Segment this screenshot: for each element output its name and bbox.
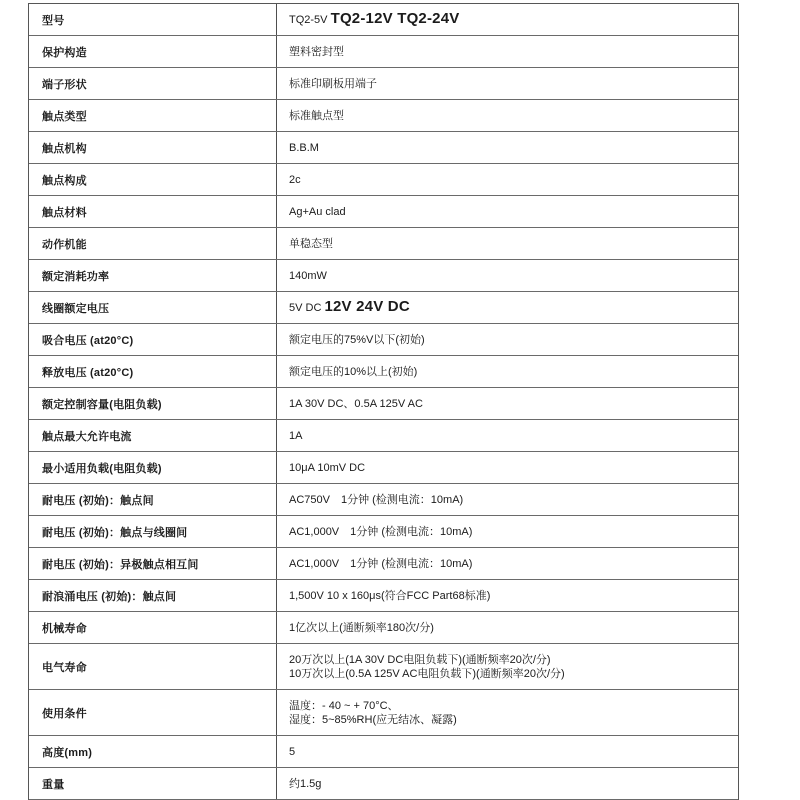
spec-label-weight: 重量 — [29, 768, 277, 799]
spec-value-text: 2c — [289, 174, 301, 186]
spec-row-operation-function: 动作机能单稳态型 — [29, 228, 738, 260]
spec-value-height: 5 — [277, 736, 738, 767]
spec-label-withstand-voltage-contacts: 耐电压 (初始)：触点间 — [29, 484, 277, 515]
spec-value-coil-rated-voltage: 5V DC 12V 24V DC — [277, 292, 738, 323]
spec-value-line: 标准印刷板用端子 — [289, 77, 732, 91]
spec-value-line: 额定电压的75%V以下(初始) — [289, 333, 732, 347]
spec-row-model: 型号TQ2-5V TQ2-12V TQ2-24V — [29, 4, 738, 36]
spec-row-operating-conditions: 使用条件温度：- 40 ~ + 70°C、湿度：5~85%RH(应无结冰、凝露) — [29, 690, 738, 736]
spec-value-text: Ag+Au clad — [289, 206, 346, 218]
spec-value-line: AC1,000V 1分钟 (检测电流：10mA) — [289, 557, 732, 571]
spec-value-text: 5V DC — [289, 302, 324, 314]
spec-value-text: AC750V 1分钟 (检测电流：10mA) — [289, 494, 463, 506]
spec-value-text: 单稳态型 — [289, 238, 333, 250]
spec-value-text: 湿度：5~85%RH(应无结冰、凝露) — [289, 714, 457, 726]
spec-row-contact-material: 触点材料Ag+Au clad — [29, 196, 738, 228]
spec-label-terminal-shape: 端子形状 — [29, 68, 277, 99]
spec-label-pickup-voltage: 吸合电压 (at20°C) — [29, 324, 277, 355]
spec-row-withstand-voltage-between-contacts: 耐电压 (初始)：异极触点相互间AC1,000V 1分钟 (检测电流：10mA) — [29, 548, 738, 580]
spec-value-text: AC1,000V 1分钟 (检测电流：10mA) — [289, 526, 472, 538]
spec-value-line: 5 — [289, 745, 732, 759]
spec-row-contact-arrangement: 触点构成2c — [29, 164, 738, 196]
spec-row-protective-construction: 保护构造塑料密封型 — [29, 36, 738, 68]
spec-row-contact-type: 触点类型标准触点型 — [29, 100, 738, 132]
spec-value-contact-arrangement: 2c — [277, 164, 738, 195]
spec-value-weight: 约1.5g — [277, 768, 738, 799]
spec-value-line: 塑料密封型 — [289, 45, 732, 59]
spec-value-protective-construction: 塑料密封型 — [277, 36, 738, 67]
spec-label-contact-arrangement: 触点构成 — [29, 164, 277, 195]
spec-value-max-allowable-current: 1A — [277, 420, 738, 451]
spec-value-dropout-voltage: 额定电压的10%以上(初始) — [277, 356, 738, 387]
spec-value-line: 140mW — [289, 269, 732, 283]
spec-label-contact-type: 触点类型 — [29, 100, 277, 131]
spec-value-line: 标准触点型 — [289, 109, 732, 123]
spec-table: 型号TQ2-5V TQ2-12V TQ2-24V保护构造塑料密封型端子形状标准印… — [28, 3, 739, 800]
spec-label-mechanical-life: 机械寿命 — [29, 612, 277, 643]
spec-row-electrical-life: 电气寿命20万次以上(1A 30V DC电阻负载下)(通断频率20次/分)10万… — [29, 644, 738, 690]
spec-value-line: 1,500V 10 x 160μs(符合FCC Part68标准) — [289, 589, 732, 603]
spec-value-line: 5V DC 12V 24V DC — [289, 300, 732, 315]
spec-row-dropout-voltage: 释放电压 (at20°C)额定电压的10%以上(初始) — [29, 356, 738, 388]
spec-label-contact-mechanism: 触点机构 — [29, 132, 277, 163]
spec-value-electrical-life: 20万次以上(1A 30V DC电阻负载下)(通断频率20次/分)10万次以上(… — [277, 644, 738, 689]
spec-value-text: 额定电压的75%V以下(初始) — [289, 334, 425, 346]
spec-value-model: TQ2-5V TQ2-12V TQ2-24V — [277, 4, 738, 35]
spec-row-min-applicable-load: 最小适用负载(电阻负载)10μA 10mV DC — [29, 452, 738, 484]
spec-value-contact-material: Ag+Au clad — [277, 196, 738, 227]
spec-value-text: AC1,000V 1分钟 (检测电流：10mA) — [289, 558, 472, 570]
spec-value-operating-conditions: 温度：- 40 ~ + 70°C、湿度：5~85%RH(应无结冰、凝露) — [277, 690, 738, 735]
spec-row-withstand-voltage-contact-coil: 耐电压 (初始)：触点与线圈间AC1,000V 1分钟 (检测电流：10mA) — [29, 516, 738, 548]
spec-value-contact-type: 标准触点型 — [277, 100, 738, 131]
spec-value-line: 10万次以上(0.5A 125V AC电阻负载下)(通断频率20次/分) — [289, 667, 732, 681]
spec-row-weight: 重量约1.5g — [29, 768, 738, 800]
spec-value-text: 10μA 10mV DC — [289, 462, 365, 474]
spec-value-text: 20万次以上(1A 30V DC电阻负载下)(通断频率20次/分) — [289, 654, 551, 666]
spec-value-line: 单稳态型 — [289, 237, 732, 251]
spec-value-line: 1A 30V DC、0.5A 125V AC — [289, 397, 732, 411]
spec-label-max-allowable-current: 触点最大允许电流 — [29, 420, 277, 451]
spec-row-rated-switching-capacity: 额定控制容量(电阻负载)1A 30V DC、0.5A 125V AC — [29, 388, 738, 420]
spec-value-line: B.B.M — [289, 141, 732, 155]
spec-value-text: 140mW — [289, 270, 327, 282]
spec-value-text: 额定电压的10%以上(初始) — [289, 366, 417, 378]
spec-row-terminal-shape: 端子形状标准印刷板用端子 — [29, 68, 738, 100]
spec-value-line: 10μA 10mV DC — [289, 461, 732, 475]
spec-value-line: 温度：- 40 ~ + 70°C、 — [289, 699, 732, 713]
spec-label-height: 高度(mm) — [29, 736, 277, 767]
spec-value-text: B.B.M — [289, 142, 319, 154]
spec-row-pickup-voltage: 吸合电压 (at20°C)额定电压的75%V以下(初始) — [29, 324, 738, 356]
spec-value-rated-switching-capacity: 1A 30V DC、0.5A 125V AC — [277, 388, 738, 419]
spec-value-text: 1A 30V DC、0.5A 125V AC — [289, 398, 423, 410]
spec-value-contact-mechanism: B.B.M — [277, 132, 738, 163]
spec-value-text: 10万次以上(0.5A 125V AC电阻负载下)(通断频率20次/分) — [289, 668, 565, 680]
spec-value-pickup-voltage: 额定电压的75%V以下(初始) — [277, 324, 738, 355]
spec-value-text: 1亿次以上(通断频率180次/分) — [289, 622, 434, 634]
spec-value-withstand-voltage-between-contacts: AC1,000V 1分钟 (检测电流：10mA) — [277, 548, 738, 579]
spec-label-rated-power-consumption: 额定消耗功率 — [29, 260, 277, 291]
spec-label-electrical-life: 电气寿命 — [29, 644, 277, 689]
spec-label-operation-function: 动作机能 — [29, 228, 277, 259]
spec-value-text: TQ2-5V — [289, 14, 331, 26]
spec-label-surge-voltage: 耐浪涌电压 (初始)：触点间 — [29, 580, 277, 611]
spec-value-line: 约1.5g — [289, 777, 732, 791]
spec-value-line: AC1,000V 1分钟 (检测电流：10mA) — [289, 525, 732, 539]
spec-value-line: AC750V 1分钟 (检测电流：10mA) — [289, 493, 732, 507]
spec-value-line: 额定电压的10%以上(初始) — [289, 365, 732, 379]
spec-row-max-allowable-current: 触点最大允许电流1A — [29, 420, 738, 452]
spec-value-surge-voltage: 1,500V 10 x 160μs(符合FCC Part68标准) — [277, 580, 738, 611]
spec-value-text: 5 — [289, 746, 295, 758]
spec-value-text: 塑料密封型 — [289, 46, 344, 58]
spec-value-emphasis: TQ2-12V TQ2-24V — [331, 10, 460, 27]
spec-label-withstand-voltage-between-contacts: 耐电压 (初始)：异极触点相互间 — [29, 548, 277, 579]
spec-row-mechanical-life: 机械寿命1亿次以上(通断频率180次/分) — [29, 612, 738, 644]
spec-row-rated-power-consumption: 额定消耗功率140mW — [29, 260, 738, 292]
spec-value-text: 温度：- 40 ~ + 70°C、 — [289, 700, 399, 712]
spec-value-text: 约1.5g — [289, 778, 321, 790]
spec-value-rated-power-consumption: 140mW — [277, 260, 738, 291]
spec-label-withstand-voltage-contact-coil: 耐电压 (初始)：触点与线圈间 — [29, 516, 277, 547]
spec-row-height: 高度(mm)5 — [29, 736, 738, 768]
spec-row-coil-rated-voltage: 线圈额定电压5V DC 12V 24V DC — [29, 292, 738, 324]
spec-value-line: 2c — [289, 173, 732, 187]
spec-value-line: TQ2-5V TQ2-12V TQ2-24V — [289, 12, 732, 27]
spec-value-line: 20万次以上(1A 30V DC电阻负载下)(通断频率20次/分) — [289, 653, 732, 667]
spec-row-surge-voltage: 耐浪涌电压 (初始)：触点间1,500V 10 x 160μs(符合FCC Pa… — [29, 580, 738, 612]
spec-value-withstand-voltage-contact-coil: AC1,000V 1分钟 (检测电流：10mA) — [277, 516, 738, 547]
spec-label-operating-conditions: 使用条件 — [29, 690, 277, 735]
spec-value-line: 1亿次以上(通断频率180次/分) — [289, 621, 732, 635]
spec-value-terminal-shape: 标准印刷板用端子 — [277, 68, 738, 99]
spec-value-withstand-voltage-contacts: AC750V 1分钟 (检测电流：10mA) — [277, 484, 738, 515]
spec-value-emphasis: 12V 24V DC — [324, 298, 409, 315]
spec-value-text: 1A — [289, 430, 302, 442]
spec-value-line: 湿度：5~85%RH(应无结冰、凝露) — [289, 713, 732, 727]
spec-label-rated-switching-capacity: 额定控制容量(电阻负载) — [29, 388, 277, 419]
spec-label-contact-material: 触点材料 — [29, 196, 277, 227]
spec-label-coil-rated-voltage: 线圈额定电压 — [29, 292, 277, 323]
spec-value-min-applicable-load: 10μA 10mV DC — [277, 452, 738, 483]
spec-label-dropout-voltage: 释放电压 (at20°C) — [29, 356, 277, 387]
spec-label-min-applicable-load: 最小适用负载(电阻负载) — [29, 452, 277, 483]
spec-value-line: 1A — [289, 429, 732, 443]
spec-value-mechanical-life: 1亿次以上(通断频率180次/分) — [277, 612, 738, 643]
spec-value-text: 标准印刷板用端子 — [289, 78, 377, 90]
spec-label-model: 型号 — [29, 4, 277, 35]
spec-row-contact-mechanism: 触点机构B.B.M — [29, 132, 738, 164]
spec-value-text: 标准触点型 — [289, 110, 344, 122]
spec-value-operation-function: 单稳态型 — [277, 228, 738, 259]
spec-label-protective-construction: 保护构造 — [29, 36, 277, 67]
spec-value-line: Ag+Au clad — [289, 205, 732, 219]
spec-row-withstand-voltage-contacts: 耐电压 (初始)：触点间AC750V 1分钟 (检测电流：10mA) — [29, 484, 738, 516]
spec-value-text: 1,500V 10 x 160μs(符合FCC Part68标准) — [289, 590, 490, 602]
